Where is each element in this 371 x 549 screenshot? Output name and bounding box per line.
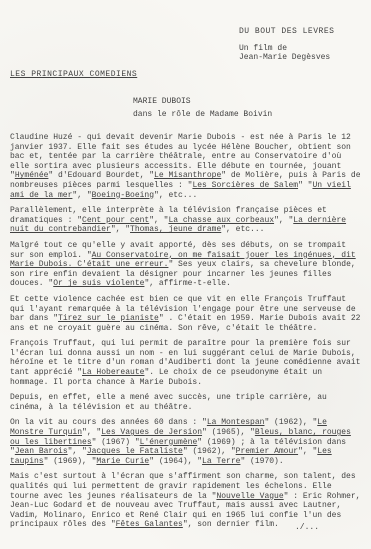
- actress-role: dans le rôle de Madame Boivin: [133, 108, 272, 121]
- film-byline-line2: Jean-Marie Degèsves: [239, 53, 334, 63]
- paragraph: Claudine Huzé - qui devait devenir Marie…: [10, 133, 364, 200]
- subject-block: MARIE DUBOIS dans le rôle de Madame Boiv…: [133, 95, 272, 121]
- film-title: DU BOUT DES LEVRES: [239, 27, 334, 37]
- paragraph: Et cette violence cachée est bien ce que…: [10, 295, 364, 333]
- document-page: DU BOUT DES LEVRES Un film de Jean-Marie…: [0, 0, 371, 549]
- continuation-mark: ./...: [295, 523, 319, 533]
- paragraph: Mais c'est surtout à l'écran que s'affir…: [10, 472, 364, 530]
- body-text: Claudine Huzé - qui devait devenir Marie…: [10, 133, 364, 536]
- paragraph: Depuis, en effet, elle a mené avec succè…: [10, 393, 364, 412]
- paragraph: Parallèlement, elle interprète à la télé…: [10, 206, 364, 235]
- actress-name: MARIE DUBOIS: [133, 95, 272, 108]
- paragraph: Malgré tout ce qu'elle y avait apporté, …: [10, 241, 364, 289]
- paragraph: On la vit au cours des années 60 dans : …: [10, 418, 364, 466]
- film-title-block: DU BOUT DES LEVRES Un film de Jean-Marie…: [239, 27, 334, 63]
- paragraph: François Truffaut, qui lui permit de par…: [10, 339, 364, 387]
- section-heading: LES PRINCIPAUX COMEDIENS: [10, 70, 137, 80]
- film-byline-line1: Un film de: [239, 44, 334, 54]
